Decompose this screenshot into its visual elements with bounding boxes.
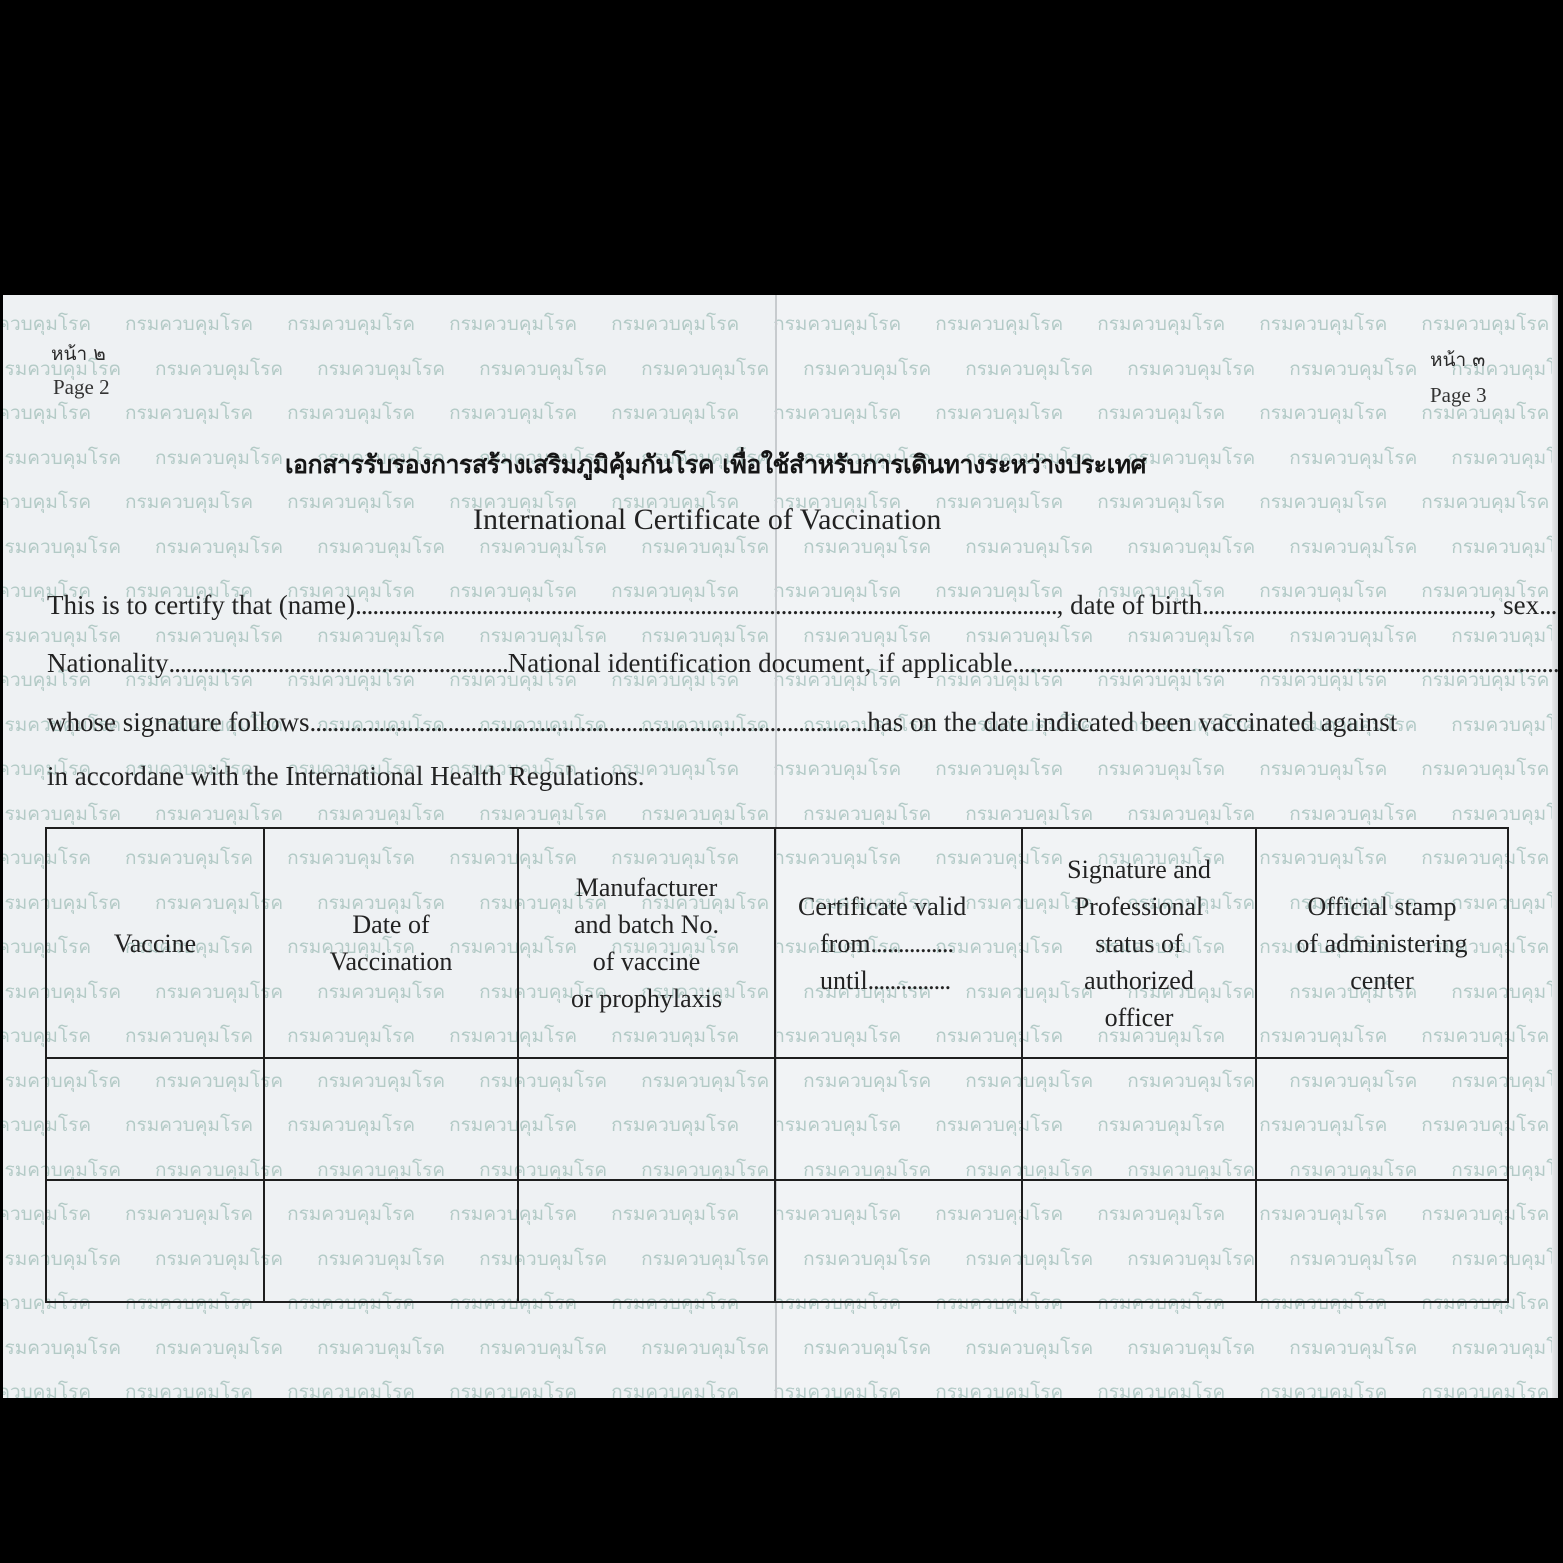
column-header-signature: Signature and Professional status of aut… [1022,828,1256,1058]
national-id-label: National identification document, if app… [508,648,1013,678]
cell-stamp[interactable] [1256,1180,1508,1302]
title-english: International Certificate of Vaccination [473,503,941,537]
cell-manufacturer[interactable] [518,1180,775,1302]
from-field[interactable]: ............... [871,929,954,958]
cell-date[interactable] [264,1058,518,1180]
name-label: This is to certify that (name) [47,590,355,620]
nationality-line: Nationality.............................… [47,648,1558,679]
sex-label: , sex [1490,590,1540,620]
regulations-line: in accordane with the International Heal… [47,761,645,792]
cell-validity[interactable] [775,1058,1022,1180]
table-header-row: Vaccine Date of Vaccination Manufacturer… [46,828,1508,1058]
until-label: until [820,966,868,995]
dob-label: , date of birth [1057,590,1202,620]
certificate-paper: กรมควบคุมโรคกรมควบคุมโรคกรมควบคุมโรคกรมค… [3,295,1558,1398]
left-page-number-thai: หน้า ๒ [51,339,106,369]
cell-date[interactable] [264,1180,518,1302]
dob-field[interactable]: ........................................… [1202,590,1490,620]
nationality-label: Nationality [47,648,168,678]
until-field[interactable]: ............... [868,966,951,995]
cell-stamp[interactable] [1256,1058,1508,1180]
title-thai: เอกสารรับรองการสร้างเสริมภูมิคุ้มกันโรค … [285,445,1146,485]
column-header-date: Date of Vaccination [264,828,518,1058]
cell-validity[interactable] [775,1180,1022,1302]
cell-vaccine[interactable] [46,1058,264,1180]
from-label: from [820,929,871,958]
column-header-stamp: Official stamp of administering center [1256,828,1508,1058]
cell-signature[interactable] [1022,1058,1256,1180]
right-page-number: Page 3 [1430,383,1487,408]
vaccinated-against-text: has on the date indicated been vaccinate… [867,707,1397,737]
sex-field[interactable]: ...................... [1539,590,1558,620]
signature-label: whose signature follows [47,707,309,737]
table-row [46,1180,1508,1302]
column-header-vaccine: Vaccine [46,828,264,1058]
cell-vaccine[interactable] [46,1180,264,1302]
vaccination-table: Vaccine Date of Vaccination Manufacturer… [45,827,1509,1303]
cell-signature[interactable] [1022,1180,1256,1302]
right-page-number-thai: หน้า ๓ [1430,345,1485,375]
left-page-number: Page 2 [53,375,110,400]
national-id-field[interactable]: ........................................… [1012,648,1558,678]
validity-label: Certificate valid [798,888,1017,925]
page-edge [1552,295,1558,1398]
signature-line: whose signature follows.................… [47,707,1397,738]
column-header-validity: Certificate valid from............... un… [775,828,1022,1058]
name-field[interactable]: ........................................… [355,590,1057,620]
cell-manufacturer[interactable] [518,1058,775,1180]
nationality-field[interactable]: ........................................… [168,648,507,678]
name-line: This is to certify that (name)..........… [47,590,1558,621]
signature-field[interactable]: ........................................… [309,707,867,737]
table-row [46,1058,1508,1180]
column-header-manufacturer: Manufacturer and batch No. of vaccine or… [518,828,775,1058]
